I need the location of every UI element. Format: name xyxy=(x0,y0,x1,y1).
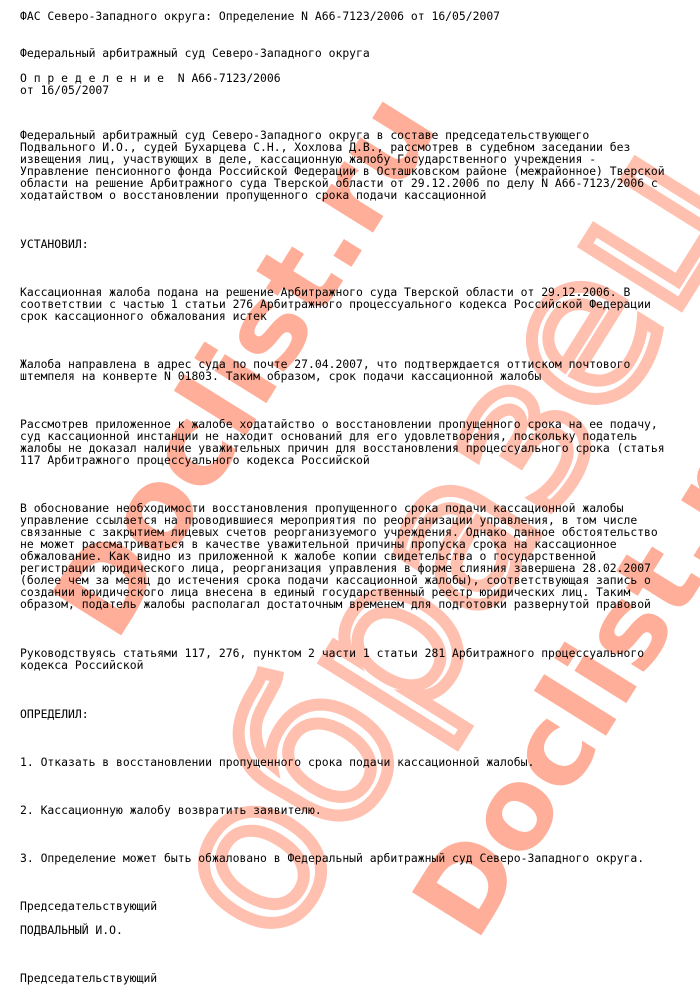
watermark-right: Doclist.ru xyxy=(388,372,700,959)
paragraph-line: образом, податель жалобы располагал дост… xyxy=(20,598,651,611)
signature-role: Председательствующий xyxy=(20,900,157,913)
paragraph-line: срок кассационного обжалования истек xyxy=(20,310,267,323)
decision-item: 2. Кассационную жалобу возвратить заявит… xyxy=(20,804,322,817)
intro-line: ходатайством о восстановлении пропущенно… xyxy=(20,189,486,202)
established-heading: УСТАНОВИЛ: xyxy=(20,238,89,251)
paragraph-line: кодекса Российской xyxy=(20,659,143,672)
decision-item: 1. Отказать в восстановлении пропущенног… xyxy=(20,756,534,769)
signature-name: ПОДВАЛЬНЫЙ И.О. xyxy=(20,924,123,937)
paragraph-line: штемпеля на конверте N 01803. Таким обра… xyxy=(20,370,541,383)
document-header: ФАС Северо-Западного округа: Определение… xyxy=(20,10,500,23)
court-name: Федеральный арбитражный суд Северо-Запад… xyxy=(20,47,370,60)
document-date: от 16/05/2007 xyxy=(20,84,109,97)
decision-item: 3. Определение может быть обжаловано в Ф… xyxy=(20,852,644,865)
decided-heading: ОПРЕДЕЛИЛ: xyxy=(20,708,89,721)
paragraph-line: 117 Арбитражного процессуального кодекса… xyxy=(20,454,370,467)
signature-role: Председательствующий xyxy=(20,972,157,985)
